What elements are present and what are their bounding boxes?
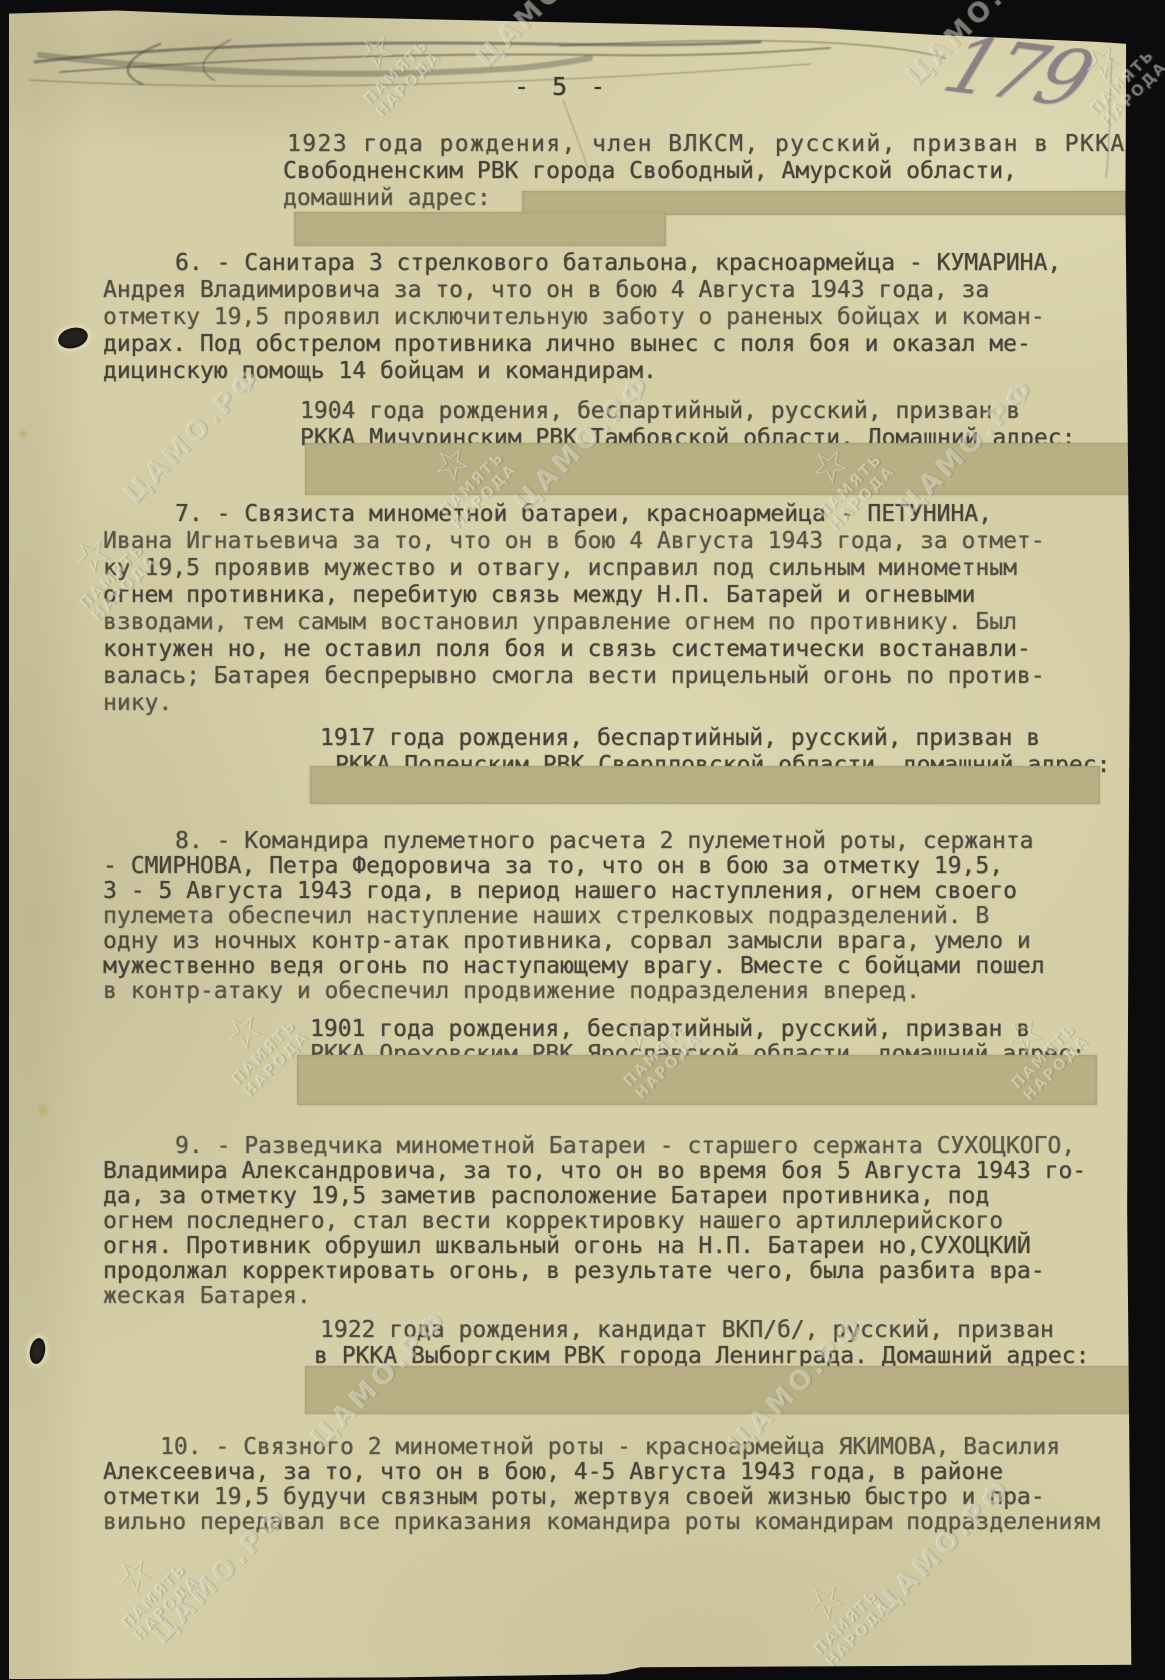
- redaction-block: [310, 766, 1100, 804]
- scan-border-left: [0, 12, 9, 1680]
- redaction-block: [305, 1366, 1130, 1414]
- redaction-block: [297, 1055, 1097, 1105]
- redaction-layer: [0, 0, 1165, 1680]
- redaction-block: [305, 443, 1140, 495]
- document-scan-page: - 5 - 1923 года рождения, член ВЛКСМ, ру…: [0, 0, 1165, 1680]
- redaction-block: [294, 212, 666, 246]
